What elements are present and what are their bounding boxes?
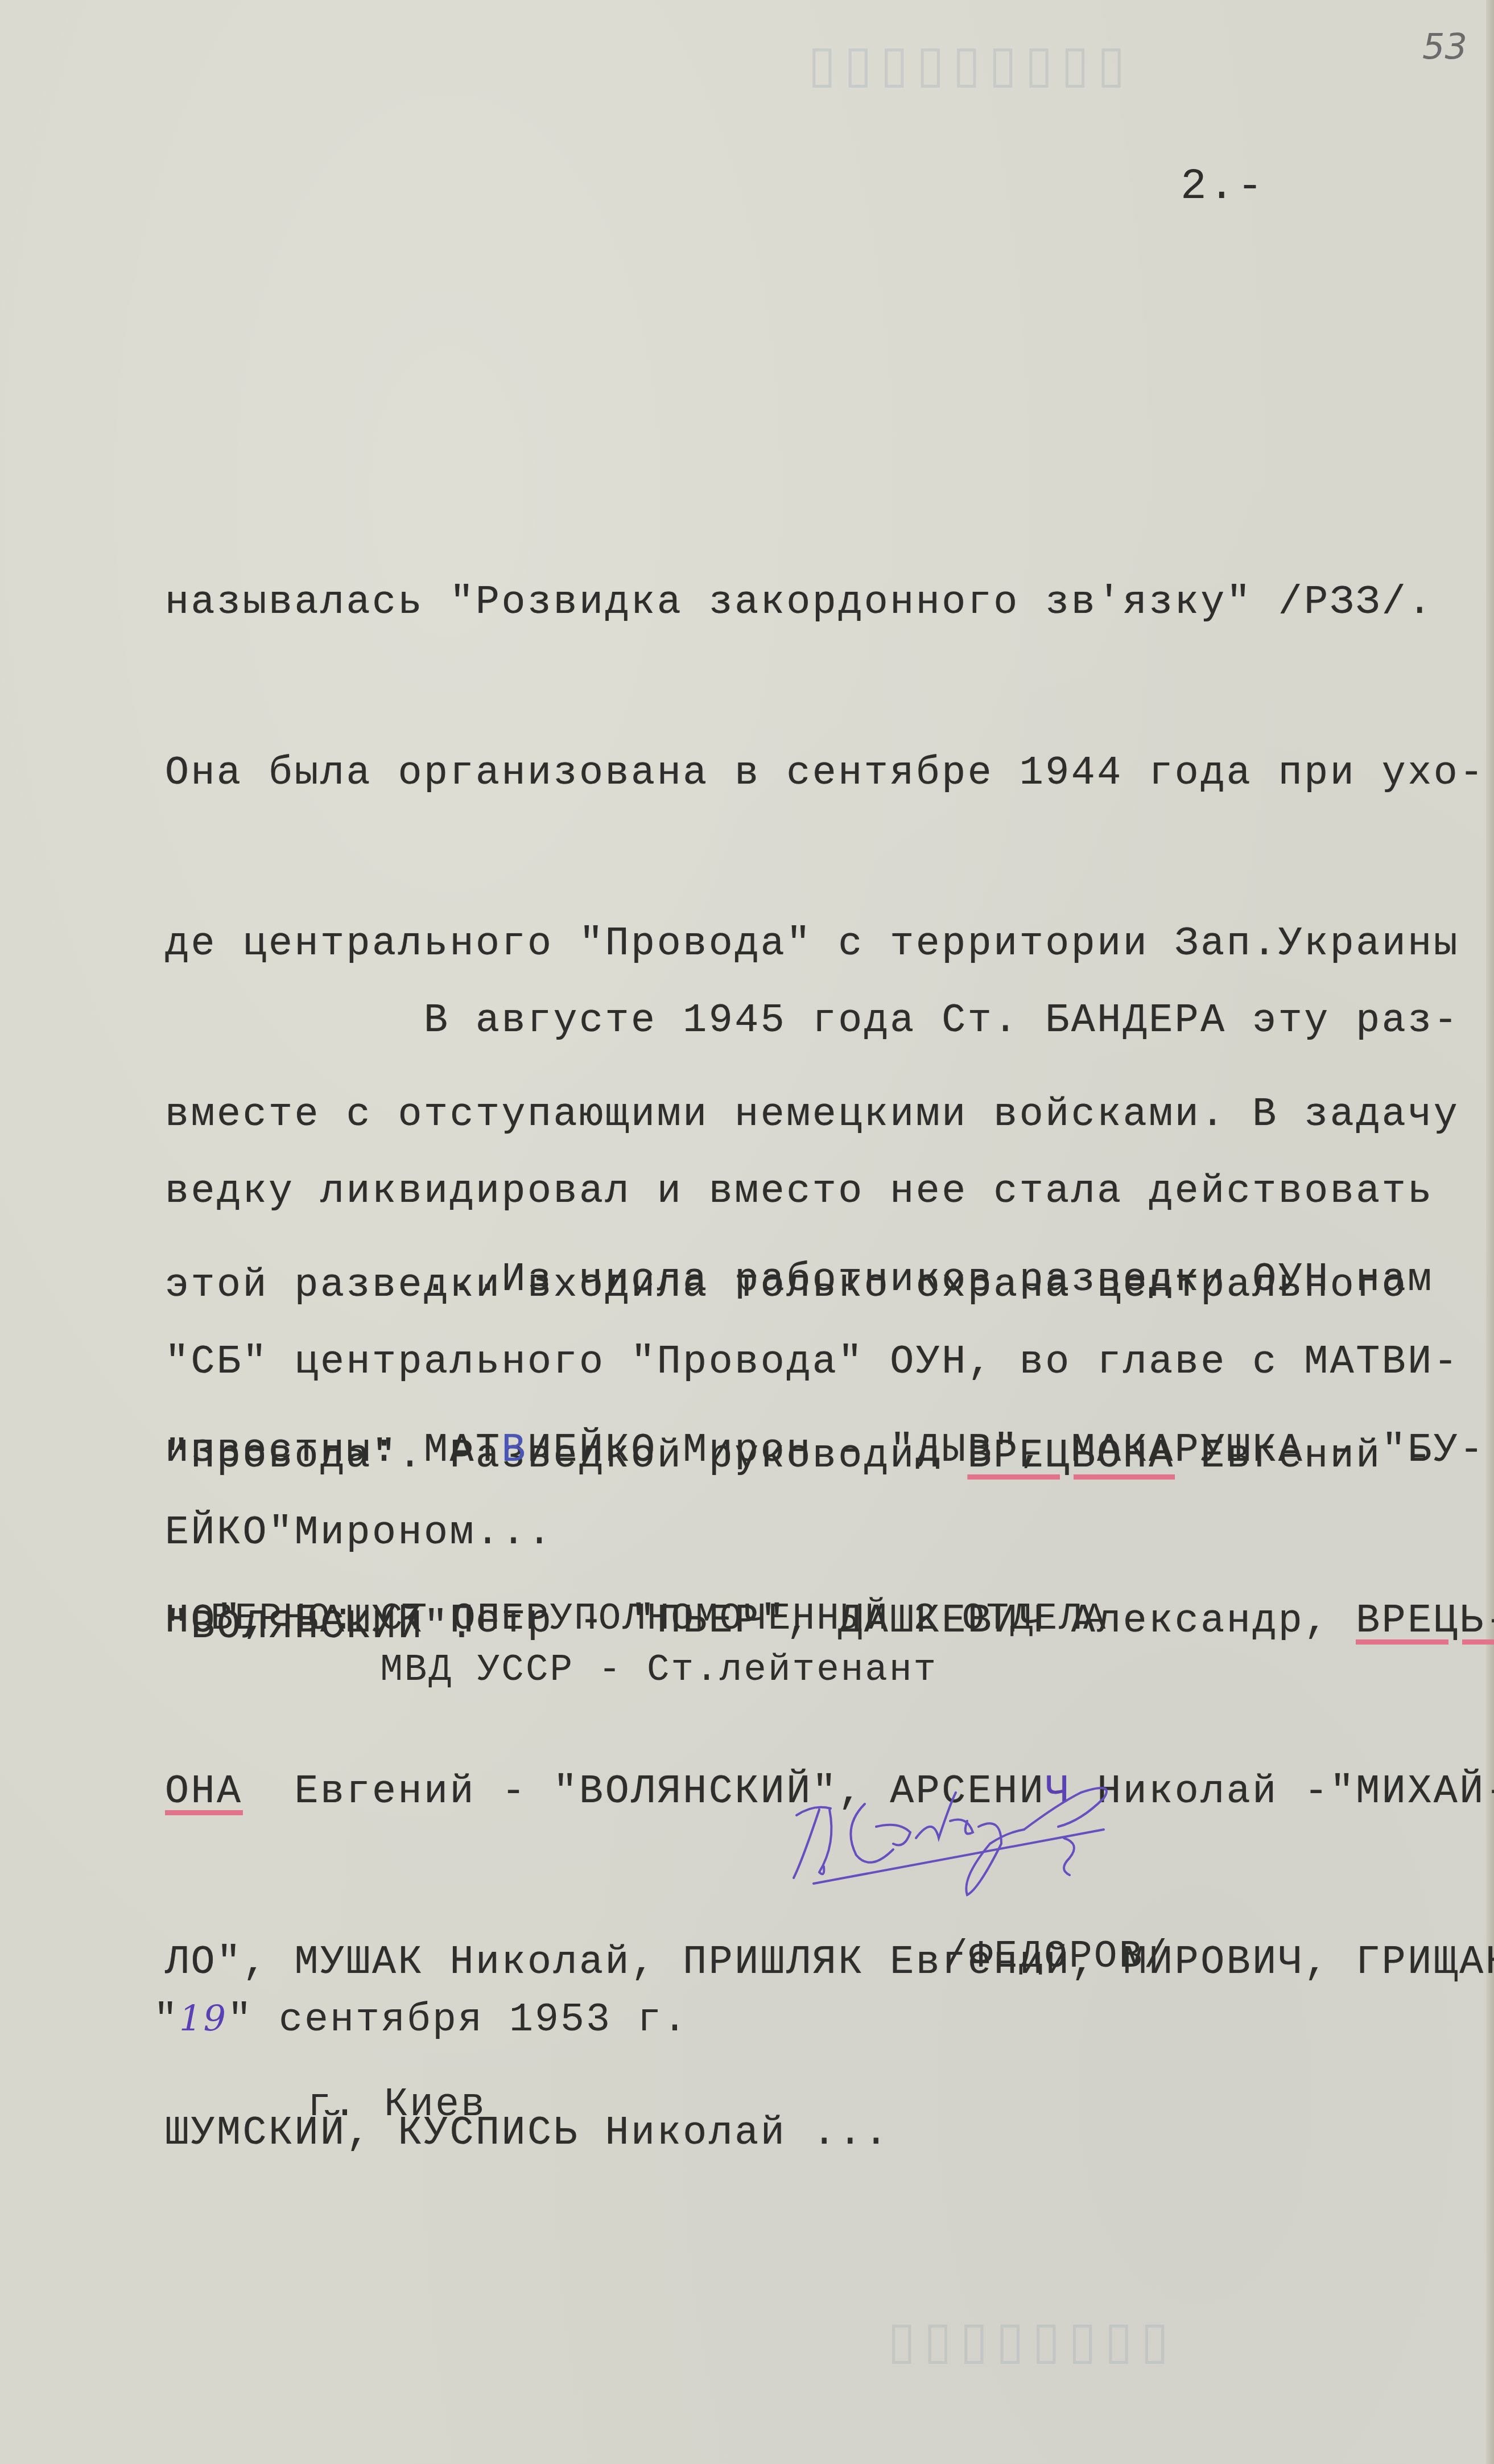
attestation-line: МВД УССР - Ст.лейтенант [211, 1649, 938, 1691]
red-underlined-name: ВРЕЦЬ- [1356, 1599, 1494, 1644]
text-line: ...Из числа работников разведки ОУН нам [165, 1252, 1468, 1309]
text-line: Она была организована в сентябре 1944 го… [165, 745, 1468, 802]
text-line: ЛО", МУШАК Николай, ПРИШЛЯК Евгений, МИР… [165, 1935, 1468, 1992]
bleed-through-text: ▯▯▯▯▯▯▯▯▯ [808, 34, 1133, 94]
page-number: 2.- [1181, 162, 1265, 211]
folio-number: 53 [1422, 26, 1467, 67]
text-segment: известны: МАТ [165, 1428, 502, 1473]
handwritten-day: 19 [179, 1997, 228, 2039]
date-quote: " [154, 1998, 179, 2043]
document-page: ▯▯▯▯▯▯▯▯▯ ▯▯▯▯▯▯▯▯ 53 2.- называлась "Ро… [0, 0, 1494, 2464]
date-month-year: сентября 1953 г. [253, 1998, 688, 2043]
attestation-block: ВЕРНО: СТ ОПЕРУПОЛНОМОЧЕННЫЙ 2 ОТДЕЛА МВ… [211, 1593, 1107, 1696]
red-underlined-name: ОНА [165, 1770, 243, 1815]
bleed-through-text: ▯▯▯▯▯▯▯▯ [888, 2310, 1177, 2370]
text-line: В августе 1945 года Ст. БАНДЕРА эту раз- [165, 993, 1468, 1050]
handwritten-signature-icon: П. Федоров [762, 1758, 1286, 1929]
paper-edge [1486, 0, 1494, 2464]
document-city: г. Киев [307, 2083, 486, 2128]
attestation-line: ВЕРНО: СТ ОПЕРУПОЛНОМОЧЕННЫЙ 2 ОТДЕЛА [211, 1597, 1107, 1640]
signatory-name: /ФЕДОРОВ/ [944, 1935, 1169, 1979]
text-segment: ИЕЙКО Мирон - "ДЫВ", МАКАРУШКА - "БУ- [527, 1428, 1485, 1473]
document-date: "19" сентября 1953 г. [154, 1997, 688, 2043]
ink-correction: В [502, 1428, 528, 1473]
date-quote: " [228, 1998, 253, 2043]
text-line: известны: МАТВИЕЙКО Мирон - "ДЫВ", МАКАР… [165, 1423, 1468, 1480]
text-line: называлась "Розвидка закордонного зв'язк… [165, 575, 1468, 632]
